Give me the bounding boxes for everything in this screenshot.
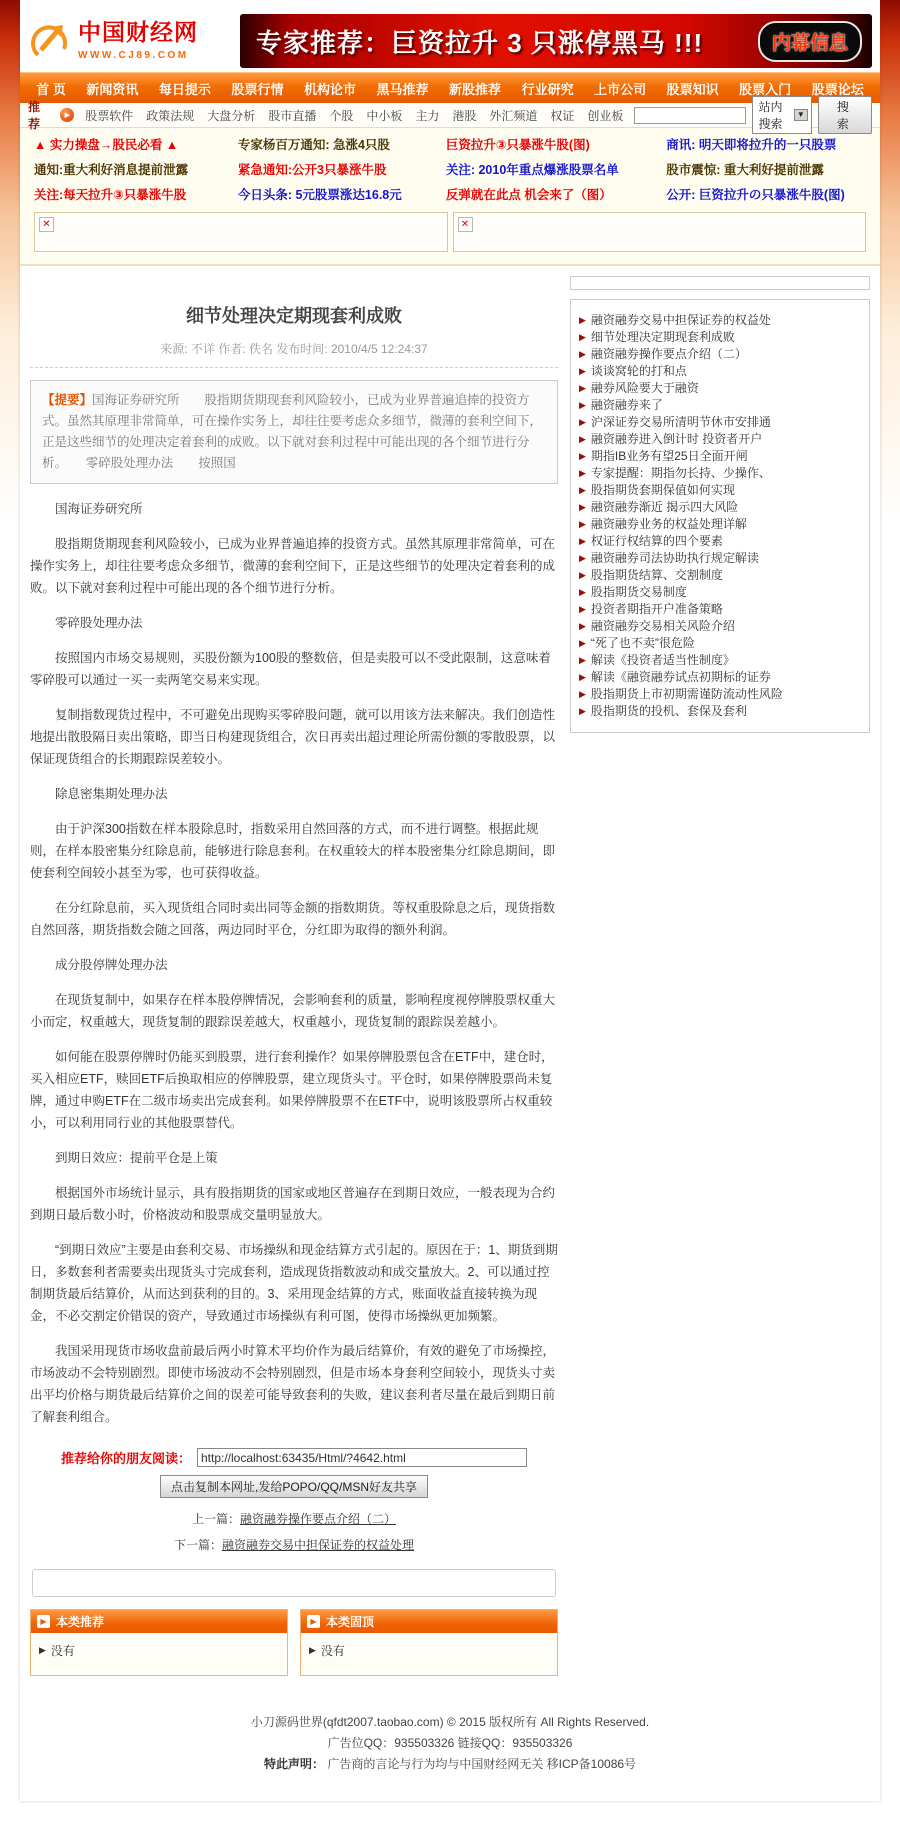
sub-nav-link[interactable]: 主力 — [415, 107, 439, 124]
site-search: 站内搜索 ▼ 搜 索 — [634, 96, 872, 134]
nav-link[interactable]: 上市公司 — [594, 79, 646, 98]
arrow-bullet-icon: ▶ — [579, 550, 586, 567]
search-scope-select[interactable]: 站内搜索 ▼ — [752, 96, 811, 134]
search-scope-label: 站内搜索 — [758, 98, 786, 132]
share-section: 推荐给你的朋友阅读： — [30, 1448, 558, 1467]
related-article-text: 股指期货套期保值如何实现 — [591, 482, 735, 499]
arrow-bullet-icon: ▶ — [579, 431, 586, 448]
related-article-text: 股指期货结算、交割制度 — [591, 567, 723, 584]
article-paragraph: 按照国内市场交易规则，买股份额为100股的整数倍，但是卖股可以不受此限制，这意味… — [30, 647, 558, 691]
related-article-link[interactable]: ▶ 股指期货交易制度 — [579, 584, 861, 601]
logo-swoosh-icon — [28, 19, 72, 63]
site-logo[interactable]: 中国财经网 WWW.CJ89.COM — [28, 19, 228, 63]
arrow-bullet-icon: ▶ — [579, 601, 586, 618]
related-article-text: 专家提醒：期指勿长持、少操作、 — [591, 465, 771, 482]
related-article-link[interactable]: ▶ 细节处理决定期现套利成败 — [579, 329, 861, 346]
arrow-bullet-icon: ▶ — [579, 635, 586, 652]
nav-link[interactable]: 首 页 — [36, 79, 66, 98]
article-paragraph: 零碎股处理办法 — [30, 612, 558, 634]
prev-article: 上一篇：融资融券操作要点介绍（二） — [30, 1510, 558, 1527]
related-article-link[interactable]: ▶ 融资融券司法协助执行规定解读 — [579, 550, 861, 567]
broken-image-icon: ✕ — [39, 217, 54, 232]
article-paragraph: 成分股停牌处理办法 — [30, 954, 558, 976]
arrow-bullet-icon: ▶ — [579, 329, 586, 346]
related-article-link[interactable]: ▶ 谈谈窝轮的打和点 — [579, 363, 861, 380]
notice-link[interactable]: 反弹就在此点 机会来了（图） — [446, 185, 666, 203]
site-name: 中国财经网 — [78, 19, 198, 45]
related-article-link[interactable]: ▶ “死了也不卖”很危险 — [579, 635, 861, 652]
search-button[interactable]: 搜 索 — [818, 96, 872, 134]
sub-nav-link[interactable]: 创业板 — [587, 107, 623, 124]
related-article-link[interactable]: ▶ 股指期货的投机、套保及套利 — [579, 703, 861, 720]
nav-link[interactable]: 新股推荐 — [449, 79, 501, 98]
arrow-bullet-icon: ▶ — [579, 482, 586, 499]
related-article-text: 期指IB业务有望25日全面开闸 — [591, 448, 748, 465]
arrow-bullet-icon: ▶ — [579, 465, 586, 482]
panel-empty-text: 没有 — [51, 1642, 75, 1659]
summary-text: 国海证券研究所 股指期货期现套利风险较小，已成为业界普遍追捧的投资方式。虽然其原… — [42, 393, 542, 470]
related-article-link[interactable]: ▶ 融资融券交易中担保证券的权益处 — [579, 312, 861, 329]
arrow-bullet-icon: ▶ — [579, 686, 586, 703]
disclaimer-line: 特此声明： 广告商的言论与行为均与中国财经网无关 移ICP备10086号 — [20, 1754, 880, 1775]
notice-link[interactable]: 商讯: 明天即将拉升的一只股票 — [666, 135, 866, 153]
nav-link[interactable]: 机构论市 — [304, 79, 356, 98]
article-title: 细节处理决定期现套利成败 — [30, 302, 558, 328]
site-header: 中国财经网 WWW.CJ89.COM 专家推荐：巨资拉升 3 只涨停黑马 !!!… — [20, 10, 880, 72]
copyright-line: 小刀源码世界(qfdt2007.taobao.com) © 2015 版权所有 … — [20, 1712, 880, 1733]
article-paragraph: 复制指数现货过程中，不可避免出现购买零碎股问题，就可以用该方法来解决。我们创造性… — [30, 704, 558, 770]
arrow-bullet-icon: ▶ — [579, 499, 586, 516]
broken-image-icon: ✕ — [458, 217, 473, 232]
sub-nav-link[interactable]: 政策法规 — [146, 107, 194, 124]
article-paragraph: 除息密集期处理办法 — [30, 783, 558, 805]
notice-link[interactable]: 关注:每天拉升③只暴涨牛股 — [34, 185, 238, 203]
article-summary: 【提要】国海证券研究所 股指期货期现套利风险较小，已成为业界普遍追捧的投资方式。… — [30, 380, 558, 484]
sub-nav-link[interactable]: 股票软件 — [85, 107, 133, 124]
related-article-text: 股指期货上市初期需谨防流动性风险 — [591, 686, 783, 703]
sub-nav-link[interactable]: 股市直播 — [268, 107, 316, 124]
article-meta: 来源: 不详 作者: 佚名 发布时间: 2010/4/5 12:24:37 — [30, 340, 558, 357]
article-paragraph: 在分红除息前，买入现货组合同时卖出同等金额的指数期货。等权重股除息之后，现货指数… — [30, 897, 558, 941]
copy-row: 点击复制本网址,发给POPO/QQ/MSN好友共享 — [30, 1475, 558, 1498]
panel-title: 本类固顶 — [326, 1613, 374, 1630]
notice-link[interactable]: 紧急通知:公开3只暴涨牛股 — [238, 160, 446, 178]
sub-nav-link[interactable]: 个股 — [329, 107, 353, 124]
related-article-text: 融资融券司法协助执行规定解读 — [591, 550, 759, 567]
arrow-bullet-icon: ▶ — [579, 363, 586, 380]
arrow-bullet-icon: ▶ — [579, 397, 586, 414]
panel-arrow-icon: ▶ — [37, 1615, 50, 1628]
article-paragraph: 股指期货期现套利风险较小，已成为业界普遍追捧的投资方式。虽然其原理非常简单，可在… — [30, 533, 558, 599]
article-paragraph: 根据国外市场统计显示，具有股指期货的国家或地区普遍存在到期日效应，一般表现为合约… — [30, 1182, 558, 1226]
related-article-text: 股指期货的投机、套保及套利 — [591, 703, 747, 720]
prev-link[interactable]: 融资融券操作要点介绍（二） — [240, 1512, 396, 1526]
related-article-text: 解读《投资者适当性制度》 — [591, 652, 735, 669]
contact-line: 广告位QQ：935503326 链接QQ：935503326 — [20, 1733, 880, 1754]
arrow-bullet-icon: ▶ — [579, 703, 586, 720]
bottom-panels: ▶ 本类推荐 ▶ 没有 ▶ 本类固顶 ▶ 没有 — [30, 1609, 558, 1676]
related-article-link[interactable]: ▶ 融资融券进入倒计时 投资者开户 — [579, 431, 861, 448]
panel-title: 本类推荐 — [56, 1613, 104, 1630]
related-article-link[interactable]: ▶ 解读《融资融券试点初期标的证券 — [579, 669, 861, 686]
nav-link[interactable]: 行业研究 — [522, 79, 574, 98]
sub-nav-link[interactable]: 中小板 — [366, 107, 402, 124]
next-link[interactable]: 融资融券交易中担保证券的权益处理 — [222, 1538, 414, 1552]
comment-box[interactable] — [32, 1569, 556, 1597]
icp-link[interactable]: 移ICP备10086号 — [547, 1757, 636, 1771]
sub-nav-links: 股票软件政策法规大盘分析股市直播个股中小板主力港股外汇频道权证创业板 — [85, 107, 623, 124]
arrow-bullet-icon: ▶ — [579, 533, 586, 550]
sidebar-ad-placeholder — [570, 276, 870, 290]
related-article-text: 融资融券业务的权益处理详解 — [591, 516, 747, 533]
panel-empty-text: 没有 — [321, 1642, 345, 1659]
top-ad-banner[interactable]: 专家推荐：巨资拉升 3 只涨停黑马 !!! 内幕信息 — [240, 14, 872, 68]
related-article-link[interactable]: ▶ 沪深证券交易所清明节休市安排通 — [579, 414, 861, 431]
share-label: 推荐给你的朋友阅读： — [61, 1448, 191, 1467]
related-article-link[interactable]: ▶ 期指IB业务有望25日全面开闸 — [579, 448, 861, 465]
article-paragraph: 我国采用现货市场收盘前最后两小时算术平均价作为最后结算价，有效的避免了市场操控，… — [30, 1340, 558, 1428]
arrow-bullet-icon: ▶ — [579, 380, 586, 397]
related-article-link[interactable]: ▶ 融资融券操作要点介绍（二） — [579, 346, 861, 363]
article-paragraph: 如何能在股票停牌时仍能买到股票，进行套利操作？如果停牌股票包含在ETF中，建仓时… — [30, 1046, 558, 1134]
arrow-bullet-icon: ▶ — [579, 669, 586, 686]
related-article-text: 融资融券交易相关风险介绍 — [591, 618, 735, 635]
related-article-link[interactable]: ▶ 融资融券业务的权益处理详解 — [579, 516, 861, 533]
related-article-link[interactable]: ▶ 股指期货上市初期需谨防流动性风险 — [579, 686, 861, 703]
article-paragraph: 由于沪深300指数在样本股除息时，指数采用自然回落的方式，而不进行调整。根据此规… — [30, 818, 558, 884]
panel-body: ▶ 没有 — [301, 1633, 557, 1675]
arrow-bullet-icon: ▶ — [579, 584, 586, 601]
sub-nav-link[interactable]: 大盘分析 — [207, 107, 255, 124]
related-article-link[interactable]: ▶ 股指期货结算、交割制度 — [579, 567, 861, 584]
arrow-bullet-icon: ▶ — [309, 1645, 316, 1656]
panel-arrow-icon: ▶ — [307, 1615, 320, 1628]
summary-tag: 【提要】 — [42, 393, 92, 407]
main-content: 细节处理决定期现套利成败 来源: 不详 作者: 佚名 发布时间: 2010/4/… — [20, 264, 880, 1692]
related-article-text: 融券风险要大于融资 — [591, 380, 699, 397]
nav-link[interactable]: 新闻资讯 — [86, 79, 138, 98]
notice-link[interactable]: ▲ 实力操盘→股民必看 ▲ — [34, 135, 238, 153]
related-article-link[interactable]: ▶ 融资融券交易相关风险介绍 — [579, 618, 861, 635]
sub-nav-link[interactable]: 外汇频道 — [489, 107, 537, 124]
related-article-link[interactable]: ▶ 融资融券来了 — [579, 397, 861, 414]
arrow-bullet-icon: ▶ — [579, 414, 586, 431]
arrow-bullet-icon: ▶ — [579, 652, 586, 669]
related-article-text: 融资融券来了 — [591, 397, 663, 414]
disclaimer-text: 广告商的言论与行为均与中国财经网无关 — [327, 1757, 543, 1771]
notice-link[interactable]: 通知:重大利好消息提前泄露 — [34, 160, 238, 178]
related-article-text: 融资融券渐近 揭示四大风险 — [591, 499, 738, 516]
related-article-text: 股指期货交易制度 — [591, 584, 687, 601]
page-wrapper: 中国财经网 WWW.CJ89.COM 专家推荐：巨资拉升 3 只涨停黑马 !!!… — [20, 0, 880, 1801]
notice-link[interactable]: 股市震惊: 重大利好提前泄露 — [666, 160, 866, 178]
related-article-text: 解读《融资融券试点初期标的证券 — [591, 669, 771, 686]
arrow-bullet-icon: ▶ — [579, 567, 586, 584]
notice-link[interactable]: 关注: 2010年重点爆涨股票名单 — [446, 160, 666, 178]
article-column: 细节处理决定期现套利成败 来源: 不详 作者: 佚名 发布时间: 2010/4/… — [30, 276, 558, 1676]
related-articles-list: ▶ 融资融券交易中担保证券的权益处 ▶ 细节处理决定期现套利成败 ▶ 融资融券操… — [570, 299, 870, 733]
nav-link[interactable]: 股票论坛 — [812, 79, 864, 98]
nav-link[interactable]: 股票知识 — [667, 79, 719, 98]
play-icon: ▶ — [60, 108, 74, 122]
prev-label: 上一篇： — [192, 1512, 240, 1526]
arrow-bullet-icon: ▶ — [579, 448, 586, 465]
broken-ad-image-right[interactable]: ✕ — [453, 212, 867, 252]
related-article-text: 融资融券进入倒计时 投资者开户 — [591, 431, 762, 448]
disclaimer-label: 特此声明： — [264, 1757, 324, 1771]
related-article-text: 沪深证券交易所清明节休市安排通 — [591, 414, 771, 431]
ad-row: ✕ ✕ — [20, 209, 880, 264]
related-article-text: 权证行权结算的四个要素 — [591, 533, 723, 550]
footer: 小刀源码世界(qfdt2007.taobao.com) © 2015 版权所有 … — [20, 1692, 880, 1801]
sidebar: ▶ 融资融券交易中担保证券的权益处 ▶ 细节处理决定期现套利成败 ▶ 融资融券操… — [570, 276, 870, 733]
related-article-link[interactable]: ▶ 融券风险要大于融资 — [579, 380, 861, 397]
related-article-text: 投资者期指开户准备策略 — [591, 601, 723, 618]
related-article-link[interactable]: ▶ 解读《投资者适当性制度》 — [579, 652, 861, 669]
recommend-label: 推荐 — [28, 98, 49, 132]
insider-info-button[interactable]: 内幕信息 — [758, 21, 862, 62]
arrow-bullet-icon: ▶ — [39, 1645, 46, 1656]
article-paragraph: “到期日效应”主要是由套利交易、市场操纵和现金结算方式引起的。原因在于：1、期货… — [30, 1239, 558, 1327]
arrow-bullet-icon: ▶ — [579, 346, 586, 363]
site-url: WWW.CJ89.COM — [78, 50, 189, 61]
next-label: 下一篇： — [174, 1538, 222, 1552]
related-article-text: 细节处理决定期现套利成败 — [591, 329, 735, 346]
next-article: 下一篇：融资融券交易中担保证券的权益处理 — [30, 1536, 558, 1553]
arrow-bullet-icon: ▶ — [579, 516, 586, 533]
ad-banner-text: 专家推荐：巨资拉升 3 只涨停黑马 !!! — [256, 23, 748, 60]
nav-link[interactable]: 每日提示 — [159, 79, 211, 98]
article-body: 国海证券研究所股指期货期现套利风险较小，已成为业界普遍追捧的投资方式。虽然其原理… — [30, 498, 558, 1428]
copy-url-button[interactable]: 点击复制本网址,发给POPO/QQ/MSN好友共享 — [160, 1475, 428, 1498]
article-paragraph: 在现货复制中，如果存在样本股停牌情况，会影响套利的质量，影响程度视停牌股票权重大… — [30, 989, 558, 1033]
panel-header: ▶ 本类推荐 — [31, 1610, 287, 1633]
nav-link[interactable]: 黑马推荐 — [377, 79, 429, 98]
search-input[interactable] — [634, 107, 746, 124]
related-article-text: “死了也不卖”很危险 — [591, 635, 695, 652]
related-article-text: 融资融券交易中担保证券的权益处 — [591, 312, 771, 329]
related-article-text: 谈谈窝轮的打和点 — [591, 363, 687, 380]
broken-ad-image-left[interactable]: ✕ — [34, 212, 448, 252]
nav-link[interactable]: 股票行情 — [231, 79, 283, 98]
related-article-link[interactable]: ▶ 专家提醒：期指勿长持、少操作、 — [579, 465, 861, 482]
related-article-link[interactable]: ▶ 融资融券渐近 揭示四大风险 — [579, 499, 861, 516]
related-article-link[interactable]: ▶ 股指期货套期保值如何实现 — [579, 482, 861, 499]
logo-text: 中国财经网 WWW.CJ89.COM — [78, 20, 198, 63]
sub-nav: 推荐 ▶ 股票软件政策法规大盘分析股市直播个股中小板主力港股外汇频道权证创业板 … — [20, 103, 880, 128]
notice-board: ▲ 实力操盘→股民必看 ▲专家杨百万通知: 急涨4只股巨资拉升③只暴涨牛股(图)… — [20, 128, 880, 209]
sub-nav-link[interactable]: 权证 — [550, 107, 574, 124]
sub-nav-link[interactable]: 港股 — [452, 107, 476, 124]
notice-link[interactable]: 今日头条: 5元股票涨达16.8元 — [238, 185, 446, 203]
share-url-input[interactable] — [197, 1448, 527, 1467]
category-panel: ▶ 本类推荐 ▶ 没有 — [30, 1609, 288, 1676]
nav-link[interactable]: 股票入门 — [739, 79, 791, 98]
related-article-link[interactable]: ▶ 投资者期指开户准备策略 — [579, 601, 861, 618]
arrow-bullet-icon: ▶ — [579, 618, 586, 635]
category-panel: ▶ 本类固顶 ▶ 没有 — [300, 1609, 558, 1676]
panel-body: ▶ 没有 — [31, 1633, 287, 1675]
arrow-bullet-icon: ▶ — [579, 312, 586, 329]
divider — [30, 367, 558, 368]
panel-header: ▶ 本类固顶 — [301, 1610, 557, 1633]
notice-link[interactable]: 专家杨百万通知: 急涨4只股 — [238, 135, 446, 153]
article-paragraph: 到期日效应：提前平仓是上策 — [30, 1147, 558, 1169]
notice-link[interactable]: 巨资拉升③只暴涨牛股(图) — [446, 135, 666, 153]
related-article-link[interactable]: ▶ 权证行权结算的四个要素 — [579, 533, 861, 550]
chevron-down-icon: ▼ — [794, 109, 808, 121]
related-article-text: 融资融券操作要点介绍（二） — [591, 346, 747, 363]
notice-link[interactable]: 公开: 巨资拉升の只暴涨牛股(图) — [666, 185, 866, 203]
article-paragraph: 国海证券研究所 — [30, 498, 558, 520]
